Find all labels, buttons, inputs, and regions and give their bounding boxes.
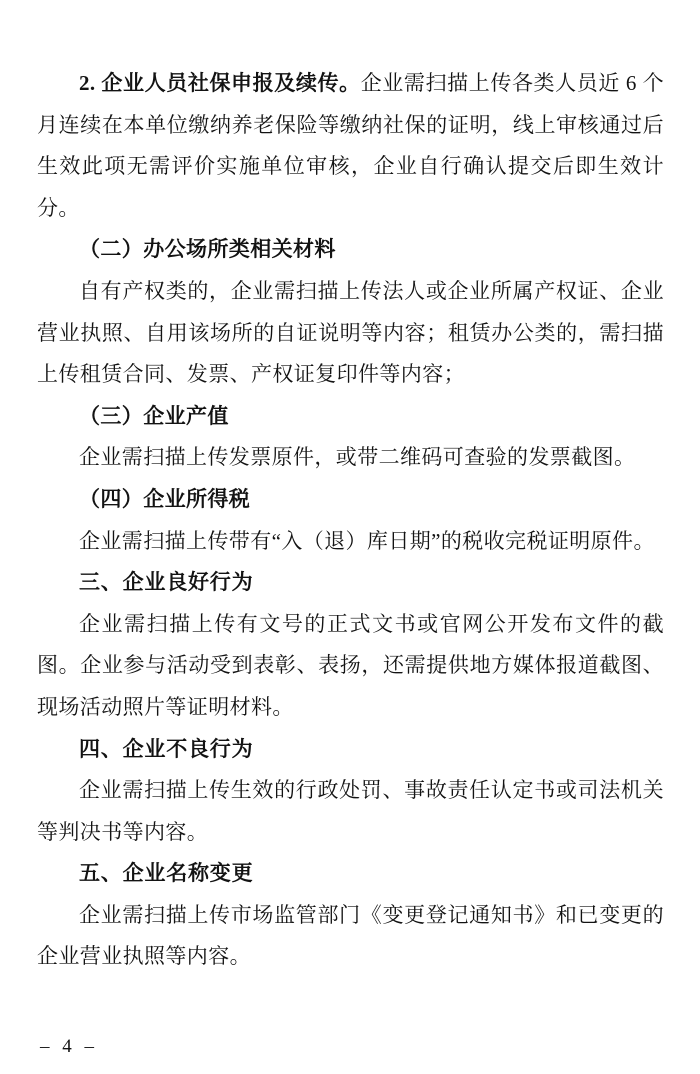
section-heading-enterprise-output: （三）企业产值 xyxy=(37,396,664,438)
paragraph-office-materials: 自有产权类的，企业需扫描上传法人或企业所属产权证、企业营业执照、自用该场所的自证… xyxy=(37,271,664,396)
section-heading-name-change: 五、企业名称变更 xyxy=(37,853,664,895)
paragraph-lead-bold: 2. 企业人员社保申报及续传。 xyxy=(79,71,361,95)
paragraph-good-behavior: 企业需扫描上传有文号的正式文书或官网公开发布文件的截图。企业参与活动受到表彰、表… xyxy=(37,604,664,729)
paragraph-enterprise-output: 企业需扫描上传发票原件，或带二维码可查验的发票截图。 xyxy=(37,437,664,479)
page-number: – 4 – xyxy=(40,1036,98,1058)
paragraph-social-insurance: 2. 企业人员社保申报及续传。企业需扫描上传各类人员近 6 个月连续在本单位缴纳… xyxy=(37,63,664,229)
document-content: 2. 企业人员社保申报及续传。企业需扫描上传各类人员近 6 个月连续在本单位缴纳… xyxy=(37,63,664,978)
document-page: 2. 企业人员社保申报及续传。企业需扫描上传各类人员近 6 个月连续在本单位缴纳… xyxy=(0,0,700,1074)
section-heading-good-behavior: 三、企业良好行为 xyxy=(37,562,664,604)
section-heading-income-tax: （四）企业所得税 xyxy=(37,479,664,521)
paragraph-bad-behavior: 企业需扫描上传生效的行政处罚、事故责任认定书或司法机关等判决书等内容。 xyxy=(37,770,664,853)
paragraph-income-tax: 企业需扫描上传带有“入（退）库日期”的税收完税证明原件。 xyxy=(37,521,664,563)
section-heading-bad-behavior: 四、企业不良行为 xyxy=(37,729,664,771)
paragraph-name-change: 企业需扫描上传市场监管部门《变更登记通知书》和已变更的企业营业执照等内容。 xyxy=(37,895,664,978)
section-heading-office-materials: （二）办公场所类相关材料 xyxy=(37,229,664,271)
